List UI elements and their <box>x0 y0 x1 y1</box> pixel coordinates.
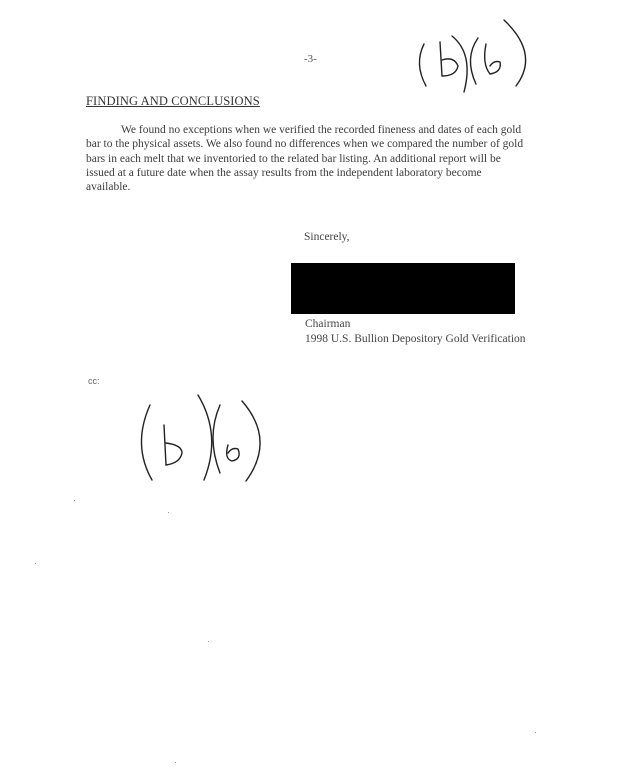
cc-label: cc: <box>88 376 100 386</box>
signer-title: Chairman <box>305 318 350 330</box>
handwritten-redaction-code-cc: (b)(6) <box>120 385 270 485</box>
scan-speck <box>74 500 75 501</box>
scan-speck <box>168 512 169 513</box>
signer-organization: 1998 U.S. Bullion Depository Gold Verifi… <box>305 333 526 345</box>
page-number: -3- <box>304 53 317 65</box>
findings-paragraph: We found no exceptions when we verified … <box>86 123 526 194</box>
handwritten-redaction-code-top: (b)(6) <box>412 14 542 94</box>
scan-speck <box>175 762 176 763</box>
closing-salutation: Sincerely, <box>304 231 350 243</box>
redacted-signature-block <box>291 263 515 314</box>
section-heading: FINDING AND CONCLUSIONS <box>86 94 260 109</box>
scan-speck <box>208 641 209 642</box>
scan-speck <box>35 563 36 564</box>
scan-speck <box>535 732 536 733</box>
